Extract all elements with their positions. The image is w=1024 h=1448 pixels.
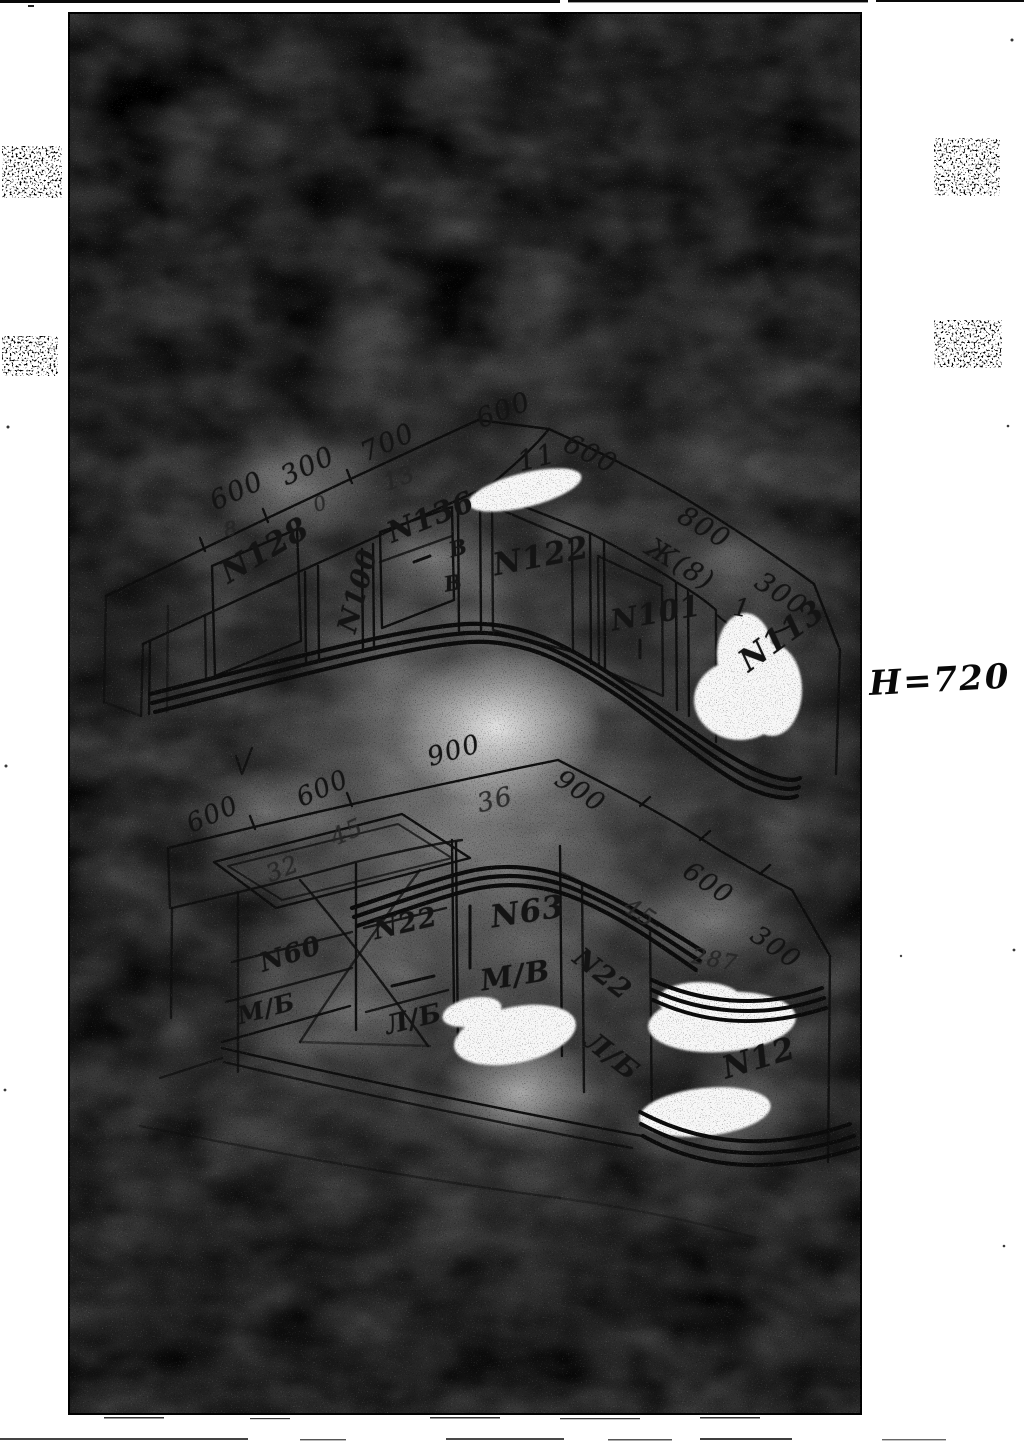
dimension-label: 300 (276, 440, 340, 492)
scanned-page: 600 300 700 600 600 800 300 8 0 13 11 Ж(… (0, 0, 1024, 1448)
cabinet-label: N22 (370, 901, 441, 946)
cabinet-label: Л/Б (382, 998, 445, 1041)
cabinet-label: N22 (567, 942, 638, 1007)
cabinet-label: N12 (718, 1030, 800, 1086)
count-mark: 8 (222, 516, 240, 542)
cabinet-label: N122 (490, 529, 592, 583)
count-mark: 0 (310, 490, 331, 517)
count-mark: 32 (262, 849, 304, 888)
dimension-label: 36 (474, 781, 516, 819)
dimension-label: 45 (326, 812, 368, 851)
count-mark: 13 (380, 461, 419, 496)
cabinet-label: N60 (256, 931, 325, 979)
cabinet-label: N100 (332, 546, 384, 636)
count-mark: 11 (514, 437, 559, 478)
count-mark: 1 (731, 592, 753, 624)
dimension-label: 900 (549, 764, 611, 819)
letter-mark: В (442, 569, 465, 597)
dimension-label: 600 (558, 428, 622, 480)
dimension-label: 45 (618, 892, 661, 934)
dimension-label: 600 (182, 790, 244, 839)
dimension-label: 300 (745, 920, 807, 976)
dimension-label: 900 (424, 729, 484, 773)
cabinet-label: N63 (488, 888, 567, 935)
dimension-label: 600 (677, 856, 739, 911)
dimension-label: 600 (292, 764, 354, 813)
dimension-label: 600 (472, 386, 535, 435)
cabinet-label: М/Б (234, 987, 298, 1030)
handwritten-labels: 600 300 700 600 600 800 300 8 0 13 11 Ж(… (0, 0, 1024, 1448)
cabinet-label: М/В (478, 953, 553, 998)
cabinet-label: Л/Б (579, 1026, 645, 1087)
height-annotation: H=720 (868, 657, 1011, 704)
letter-mark: В (446, 533, 471, 562)
dimension-label: 600 (205, 465, 269, 517)
cabinet-label: N101 (608, 588, 704, 637)
count-mark: 287 (690, 944, 740, 977)
